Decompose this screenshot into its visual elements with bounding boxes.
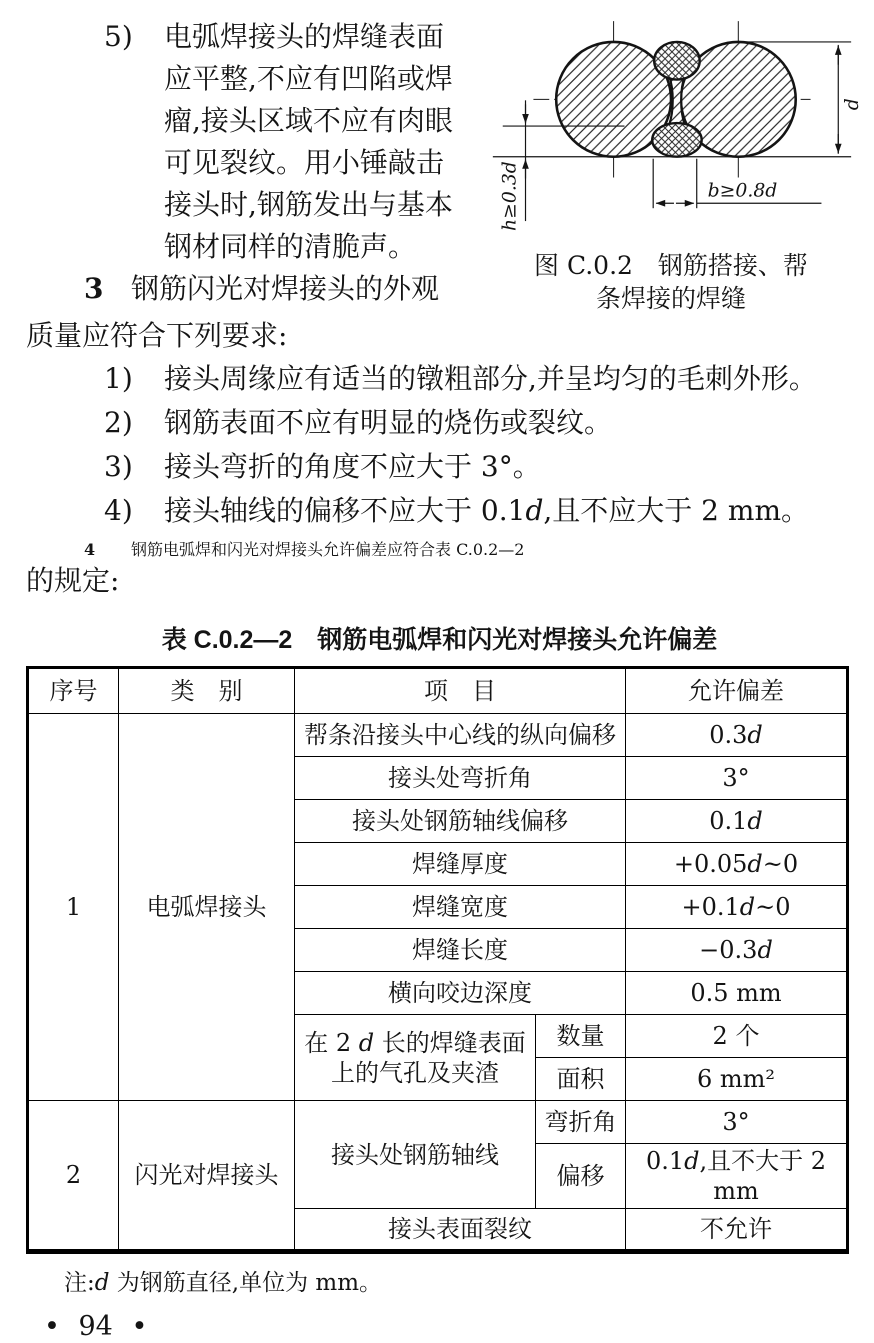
list-item-5-text-line: 可见裂纹。用小锤敲击 (164, 142, 478, 184)
table-cell: 1 (28, 714, 119, 1101)
table-cell: 接头处钢筋轴线 (295, 1101, 536, 1209)
table-cell: 焊缝厚度 (295, 843, 626, 886)
list-item-5-text-line: 应平整,不应有凹陷或焊 (164, 58, 478, 100)
table-cell: +0.1d~0 (626, 886, 848, 929)
weld-seam-top (654, 42, 700, 80)
list-item-5-marker: 5) (104, 16, 133, 58)
table-cell: 2 个 (626, 1015, 848, 1058)
table-header-row: 序号类 别项 目允许偏差 (28, 668, 848, 714)
weld-seam-bottom (652, 123, 701, 157)
dim-label-d: d (842, 98, 863, 110)
list-item-5-text: 电弧焊接头的焊缝表面应平整,不应有凹陷或焊瘤,接头区域不应有肉眼可见裂纹。用小锤… (164, 16, 478, 268)
weld-cross-section-drawing: h≥0.3d d b≥0.8d (478, 16, 864, 247)
table-cell: 焊缝宽度 (295, 886, 626, 929)
clause-3-subitems: 1)接头周缘应有适当的镦粗部分,并呈均匀的毛刺外形。2)钢筋表面不应有明显的烧伤… (26, 357, 865, 533)
figure-caption-line1: 图 C.0.2 钢筋搭接、帮 (478, 249, 864, 282)
table-cell: 不允许 (626, 1209, 848, 1252)
clause-4-continuation: 的规定: (26, 560, 865, 602)
table-body: 1电弧焊接头帮条沿接头中心线的纵向偏移0.3d接头处弯折角3°接头处钢筋轴线偏移… (28, 714, 848, 1252)
figure-c02: h≥0.3d d b≥0.8d 图 C.0.2 钢筋搭接、帮 条焊接的焊缝 (478, 16, 864, 315)
clause-4-text: 钢筋电弧焊和闪光对焊接头允许偏差应符合表 C.0.2—2 (131, 540, 524, 559)
table-cell: 电弧焊接头 (119, 714, 295, 1101)
table-cell: 0.5 mm (626, 972, 848, 1015)
figure-caption-line2: 条焊接的焊缝 (478, 282, 864, 315)
sub-item-marker: 4) (104, 489, 164, 533)
table-row: 2闪光对焊接头接头处钢筋轴线弯折角3° (28, 1101, 848, 1144)
dim-label-b: b≥0.8d (708, 180, 778, 201)
intro-left-column: 5) 电弧焊接头的焊缝表面应平整,不应有凹陷或焊瘤,接头区域不应有肉眼可见裂纹。… (26, 16, 478, 315)
sub-item: 1)接头周缘应有适当的镦粗部分,并呈均匀的毛刺外形。 (26, 357, 865, 401)
column-header: 序号 (28, 668, 119, 714)
sub-item: 4)接头轴线的偏移不应大于 0.1d,且不应大于 2 mm。 (26, 489, 865, 533)
sub-item: 3)接头弯折的角度不应大于 3°。 (26, 445, 865, 489)
table-cell: 面积 (536, 1058, 626, 1101)
table-cell: 3° (626, 1101, 848, 1144)
list-item-5-text-line: 电弧焊接头的焊缝表面 (164, 16, 478, 58)
table-note: 注:d 为钢筋直径,单位为 mm。 (64, 1264, 865, 1297)
sub-item-marker: 3) (104, 445, 164, 489)
clause-3-text: 钢筋闪光对焊接头的外观 (131, 272, 439, 305)
table-cell: 接头处钢筋轴线偏移 (295, 800, 626, 843)
clause-4-number: 4 (84, 540, 131, 559)
clause-4-line: 4钢筋电弧焊和闪光对焊接头允许偏差应符合表 C.0.2—2 (26, 537, 865, 560)
clause-3-number: 3 (84, 268, 131, 310)
table-cell: 0.3d (626, 714, 848, 757)
table-cell: 焊缝长度 (295, 929, 626, 972)
table-cell: 在 2 d 长的焊缝表面上的气孔及夹渣 (295, 1015, 536, 1101)
sub-item-text: 接头周缘应有适当的镦粗部分,并呈均匀的毛刺外形。 (164, 362, 817, 395)
dim-label-h: h≥0.3d (500, 161, 521, 231)
list-item-5-text-line: 接头时,钢筋发出与基本 (164, 184, 478, 226)
table-cell: 0.1d,且不大于 2 mm (626, 1144, 848, 1209)
table-cell: 2 (28, 1101, 119, 1252)
sub-item-marker: 1) (104, 357, 164, 401)
intro-section: 5) 电弧焊接头的焊缝表面应平整,不应有凹陷或焊瘤,接头区域不应有肉眼可见裂纹。… (26, 16, 865, 315)
table-cell: 偏移 (536, 1144, 626, 1209)
table-cell: 闪光对焊接头 (119, 1101, 295, 1252)
allowable-deviation-table: 序号类 别项 目允许偏差 1电弧焊接头帮条沿接头中心线的纵向偏移0.3d接头处弯… (26, 666, 849, 1254)
table-row: 1电弧焊接头帮条沿接头中心线的纵向偏移0.3d (28, 714, 848, 757)
column-header: 允许偏差 (626, 668, 848, 714)
sub-item-text: 接头轴线的偏移不应大于 0.1d,且不应大于 2 mm。 (164, 494, 809, 527)
clause-3-line: 3钢筋闪光对焊接头的外观 (26, 268, 478, 310)
sub-item-text: 接头弯折的角度不应大于 3°。 (164, 450, 541, 483)
column-header: 类 别 (119, 668, 295, 714)
sub-item-marker: 2) (104, 401, 164, 445)
table-cell: 接头表面裂纹 (295, 1209, 626, 1252)
list-item-5-text-line: 钢材同样的清脆声。 (164, 226, 478, 268)
clause-3-continuation: 质量应符合下列要求: (26, 315, 865, 357)
figure-caption: 图 C.0.2 钢筋搭接、帮 条焊接的焊缝 (478, 249, 864, 315)
column-header: 项 目 (295, 668, 626, 714)
table-cell: 弯折角 (536, 1101, 626, 1144)
table-cell: 横向咬边深度 (295, 972, 626, 1015)
table-header: 序号类 别项 目允许偏差 (28, 668, 848, 714)
sub-item: 2)钢筋表面不应有明显的烧伤或裂纹。 (26, 401, 865, 445)
table-cell: 0.1d (626, 800, 848, 843)
table-cell: 3° (626, 757, 848, 800)
table-cell: +0.05d~0 (626, 843, 848, 886)
page-number: • 94 • (44, 1311, 865, 1342)
document-page: 5) 电弧焊接头的焊缝表面应平整,不应有凹陷或焊瘤,接头区域不应有肉眼可见裂纹。… (0, 0, 874, 1343)
table-cell: 帮条沿接头中心线的纵向偏移 (295, 714, 626, 757)
list-item-5: 5) 电弧焊接头的焊缝表面应平整,不应有凹陷或焊瘤,接头区域不应有肉眼可见裂纹。… (26, 16, 478, 268)
table-cell: −0.3d (626, 929, 848, 972)
table-cell: 接头处弯折角 (295, 757, 626, 800)
table-cell: 数量 (536, 1015, 626, 1058)
table-title: 表 C.0.2—2 钢筋电弧焊和闪光对焊接头允许偏差 (14, 620, 865, 656)
list-item-5-text-line: 瘤,接头区域不应有肉眼 (164, 100, 478, 142)
table-cell: 6 mm² (626, 1058, 848, 1101)
sub-item-text: 钢筋表面不应有明显的烧伤或裂纹。 (164, 406, 612, 439)
